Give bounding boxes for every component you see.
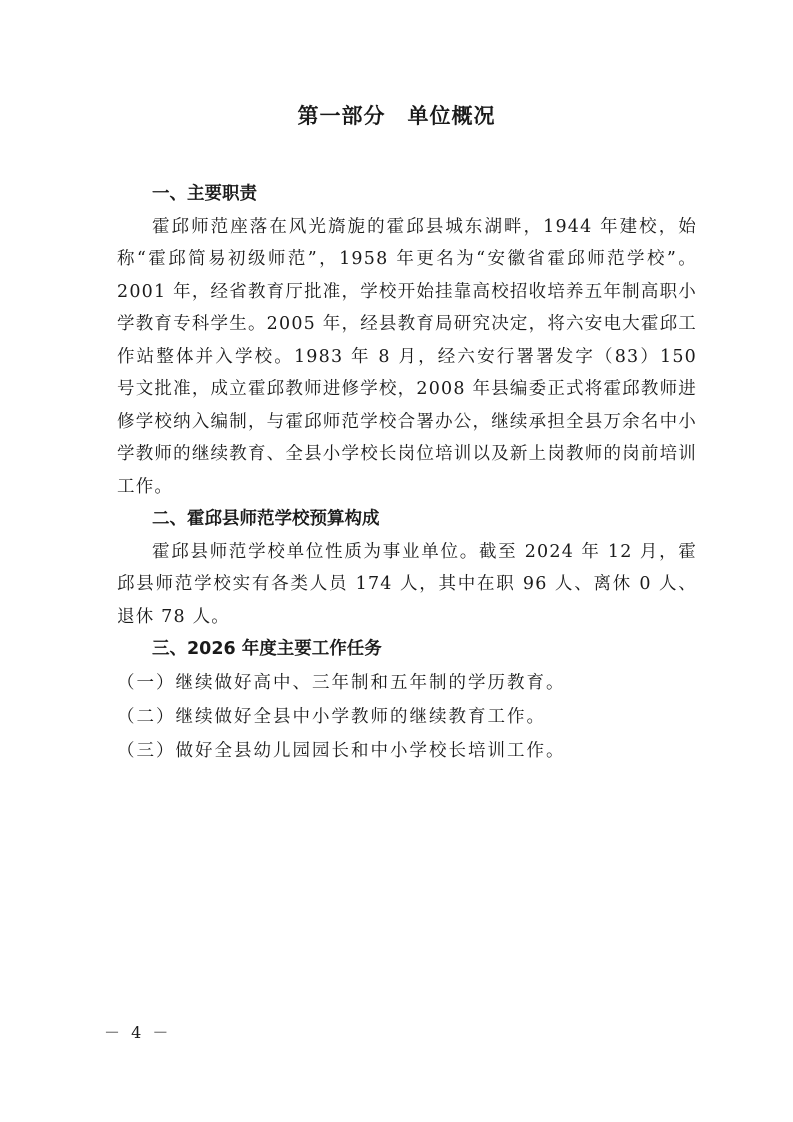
task-item: （三）做好全县幼儿园园长和中小学校长培训工作。 [117, 734, 697, 768]
section-heading-tasks: 三、2026 年度主要工作任务 [117, 633, 697, 666]
page-number: － 4 － [104, 1020, 171, 1043]
budget-paragraph: 霍邱县师范学校单位性质为事业单位。截至 2024 年 12 月，霍邱县师范学校实… [117, 536, 697, 634]
page-title-subject: 单位概况 [408, 104, 496, 128]
document-body: 一、主要职责 霍邱师范座落在风光旖旎的霍邱县城东湖畔，1944 年建校，始称“霍… [117, 178, 697, 768]
task-item: （二）继续做好全县中小学教师的继续教育工作。 [117, 700, 697, 734]
section-heading-budget: 二、霍邱县师范学校预算构成 [117, 503, 697, 536]
duties-paragraph: 霍邱师范座落在风光旖旎的霍邱县城东湖畔，1944 年建校，始称“霍邱简易初级师范… [117, 211, 697, 504]
task-item: （一）继续做好高中、三年制和五年制的学历教育。 [117, 666, 697, 700]
page-title: 第一部分单位概况 [0, 100, 793, 130]
page-title-part: 第一部分 [298, 104, 386, 128]
section-heading-duties: 一、主要职责 [117, 178, 697, 211]
